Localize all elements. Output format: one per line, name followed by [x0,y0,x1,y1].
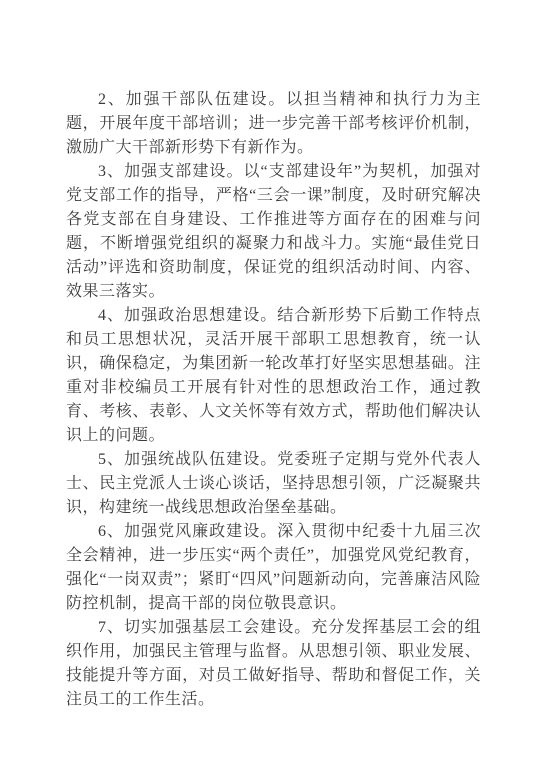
paragraph-item-6: 6、加强党风廉政建设。深入贯彻中纪委十九届三次全会精神，进一步压实“两个责任”，… [66,520,481,616]
document-page: 2、加强干部队伍建设。以担当精神和执行力为主题，开展年度干部培训；进一步完善干部… [0,0,543,768]
paragraph-item-7: 7、切实加强基层工会建设。充分发挥基层工会的组织作用，加强民主管理与监督。从思想… [66,616,481,712]
paragraph-item-4: 4、加强政治思想建设。结合新形势下后勤工作特点和员工思想状况，灵活开展干部职工思… [66,304,481,448]
paragraph-item-2: 2、加强干部队伍建设。以担当精神和执行力为主题，开展年度干部培训；进一步完善干部… [66,88,481,160]
paragraph-item-5: 5、加强统战队伍建设。党委班子定期与党外代表人士、民主党派人士谈心谈话，坚持思想… [66,448,481,520]
document-body: 2、加强干部队伍建设。以担当精神和执行力为主题，开展年度干部培训；进一步完善干部… [66,88,481,712]
page-number: 2 [0,668,543,683]
paragraph-item-3: 3、加强支部建设。以“支部建设年”为契机，加强对党支部工作的指导，严格“三会一课… [66,160,481,304]
